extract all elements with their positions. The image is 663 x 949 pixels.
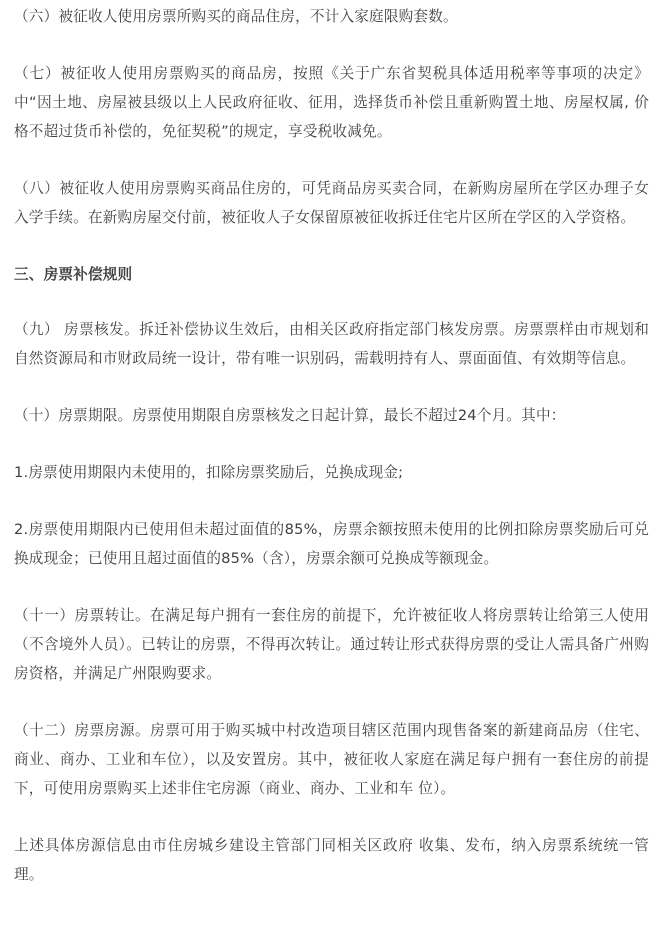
article-body: （六）被征收人使用房票所购买的商品住房，不计入家庭限购套数。 （七）被征收人使用… bbox=[0, 0, 663, 889]
paragraph-item-10: （十）房票期限。房票使用期限自房票核发之日起计算，最长不超过24个月。其中： bbox=[14, 401, 649, 430]
paragraph-item-12: （十二）房票房源。房票可用于购买城中村改造项目辖区范围内现售备案的新建商品房（住… bbox=[14, 716, 649, 803]
section-heading: 三、房票补偿规则 bbox=[14, 260, 649, 289]
paragraph-item-6: （六）被征收人使用房票所购买的商品住房，不计入家庭限购套数。 bbox=[14, 2, 649, 31]
paragraph-item-8: （八）被征收人使用房票购买商品住房的，可凭商品房买卖合同，在新购房屋所在学区办理… bbox=[14, 174, 649, 232]
paragraph-item-11: （十一）房票转让。在满足每户拥有一套住房的前提下，允许被征收人将房票转让给第三人… bbox=[14, 601, 649, 688]
paragraph-item-10-rule-1: 1.房票使用期限内未使用的，扣除房票奖励后，兑换成现金; bbox=[14, 458, 649, 487]
paragraph-item-9: （九） 房票核发。拆迁补偿协议生效后，由相关区政府指定部门核发房票。房票票样由市… bbox=[14, 315, 649, 373]
paragraph-item-7: （七）被征收人使用房票购买的商品房，按照《关于广东省契税具体适用税率等事项的决定… bbox=[14, 59, 649, 146]
paragraph-closing-note: 上述具体房源信息由市住房城乡建设主管部门同相关区政府 收集、发布，纳入房票系统统… bbox=[14, 831, 649, 889]
paragraph-item-10-rule-2: 2.房票使用期限内已使用但未超过面值的85%，房票余额按照未使用的比例扣除房票奖… bbox=[14, 515, 649, 573]
